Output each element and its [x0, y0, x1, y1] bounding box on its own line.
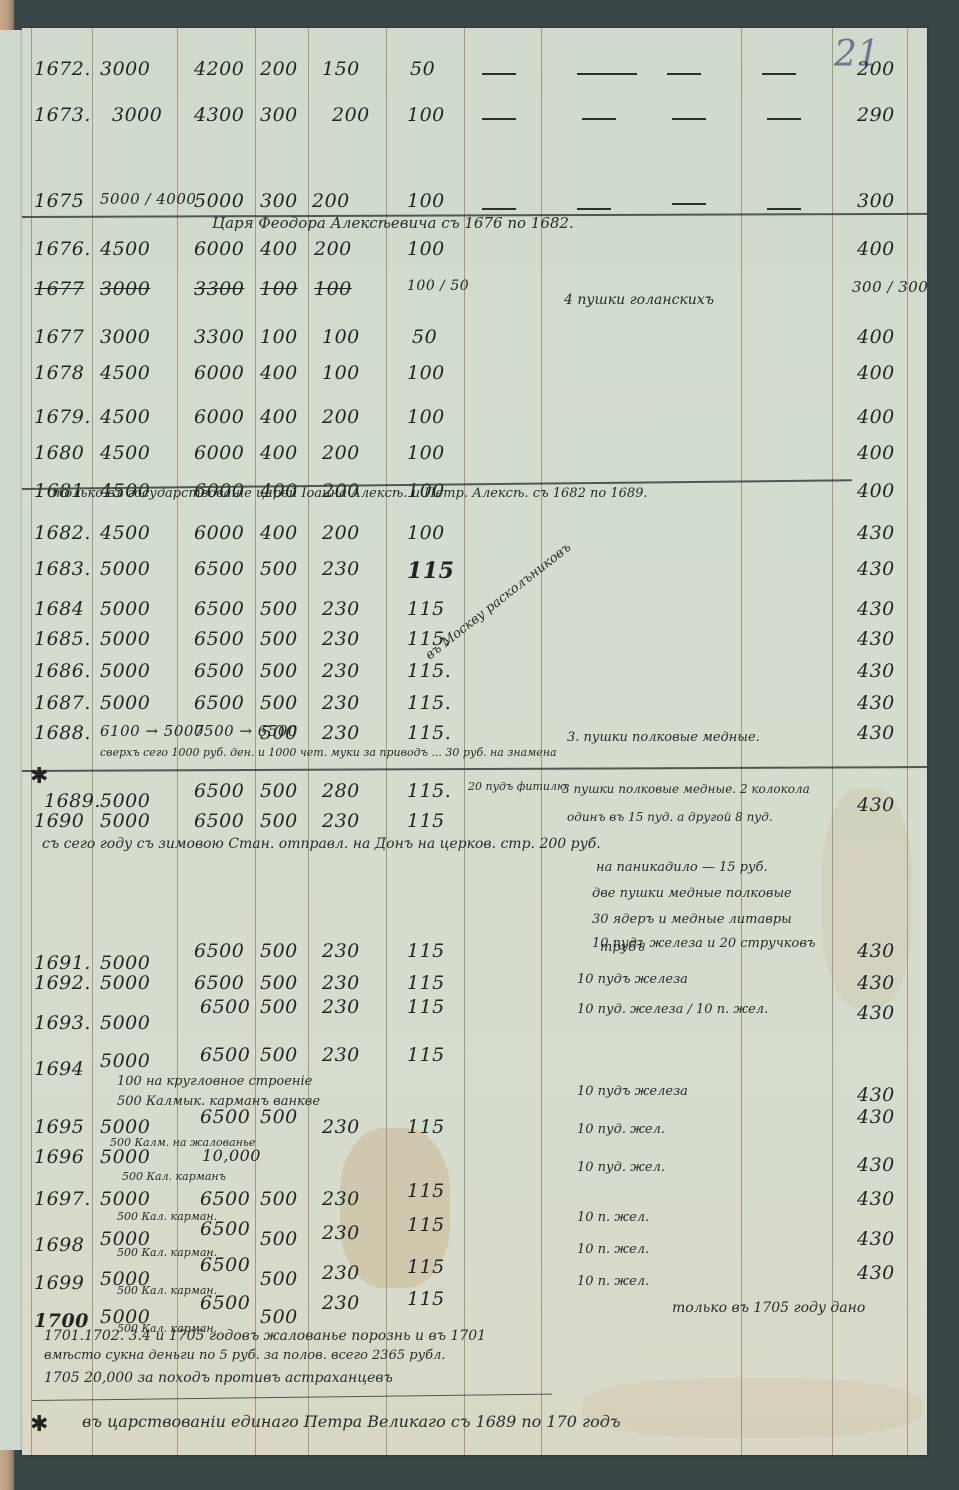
amount-cell: 5000: [100, 598, 150, 620]
year-cell: 1676.: [34, 238, 91, 260]
amount-cell: 400: [260, 406, 298, 428]
year-cell: 1687.: [34, 692, 91, 714]
amount-cell: 100: [322, 326, 360, 348]
amount-cell: 4200: [194, 58, 244, 80]
amount-cell: 115: [407, 810, 445, 832]
amount-cell: 500: [260, 1228, 298, 1250]
year-cell: 1686.: [34, 660, 91, 682]
amount-cell: 100: [407, 442, 445, 464]
year-cell: 1672.: [34, 58, 91, 80]
amount-cell: 230: [322, 810, 360, 832]
total-cell: 430: [857, 1154, 895, 1176]
year-cell: 1692.: [34, 972, 91, 994]
total-cell: 300 / 300: [852, 278, 928, 296]
row-note: 4 пушки голанскихъ: [564, 292, 714, 308]
ledger-row: 1679. 4500 6000 400 200 100 400: [22, 406, 927, 446]
reign-divider: [22, 766, 927, 772]
amount-cell: 5000: [100, 1188, 150, 1210]
total-cell: 430: [857, 722, 895, 744]
amount-cell: 6500: [194, 692, 244, 714]
amount-cell: 6000: [194, 238, 244, 260]
amount-cell: 500: [260, 810, 298, 832]
ledger-row-struck: 1677 3000 3300 100 100 100 / 50 4 пушки …: [22, 278, 927, 318]
row-annotation: 1705 20,000 за походъ противъ астраханце…: [44, 1370, 393, 1386]
amount-cell: 230: [322, 1116, 360, 1138]
amount-cell: 100: [407, 238, 445, 260]
amount-cell: 6500: [194, 810, 244, 832]
amount-cell: 230: [322, 628, 360, 650]
amount-cell: 300: [260, 104, 298, 126]
empty-mark: [672, 203, 706, 205]
year-cell: 1688.: [34, 722, 91, 744]
amount-cell: 500: [260, 996, 298, 1018]
ledger-row: 1698 5000 6500 500 230 10 п. жел. 430 50…: [22, 1228, 927, 1268]
amount-cell: 115: [407, 972, 445, 994]
year-cell: 1698: [34, 1234, 84, 1256]
amount-cell: 115: [407, 940, 445, 962]
amount-cell: 6500: [200, 1254, 250, 1276]
row-annotation: 500 Кал. карманъ: [122, 1170, 226, 1183]
amount-cell: 3300: [194, 326, 244, 348]
amount-cell: 200: [314, 238, 352, 260]
row-annotation: съ сего году съ зимовою Стан. отправл. н…: [42, 836, 601, 852]
empty-mark: [767, 208, 801, 210]
amount-cell: 115: [407, 996, 445, 1018]
ledger-row: 1677 3000 3300 100 100 50 400: [22, 326, 927, 366]
year-cell: 1690: [34, 810, 84, 832]
reign-annotation: Царя Феодора Алексѣевича съ 1676 по 1682…: [212, 214, 574, 232]
amount-cell: 400: [260, 238, 298, 260]
total-cell: 430: [857, 1228, 895, 1250]
row-annotation: 100 на кругловное строеніе: [117, 1074, 312, 1089]
amount-cell: 5000: [100, 1116, 150, 1138]
amount-cell: 10,000: [202, 1146, 261, 1165]
amount-cell: 4500: [100, 406, 150, 428]
row-note: 10 пудъ железа: [577, 1084, 688, 1099]
year-cell: 1682.: [34, 522, 91, 544]
empty-mark: [577, 208, 611, 210]
ledger-row: 1672. 3000 4200 200 150 50 200: [22, 58, 927, 98]
ledger-row: 1680 4500 6000 400 200 100 400: [22, 442, 927, 482]
total-cell: 430: [857, 1262, 895, 1284]
amount-cell: 500: [260, 1268, 298, 1290]
amount-cell: 230: [322, 972, 360, 994]
amount-cell: 230: [322, 722, 360, 744]
amount-cell: 6500: [194, 972, 244, 994]
year-cell: 1685.: [34, 628, 91, 650]
amount-cell: 230: [322, 1262, 360, 1284]
year-cell: 1696: [34, 1146, 84, 1168]
amount-cell: 4500: [100, 522, 150, 544]
year-cell: 1678: [34, 362, 84, 384]
asterisk-mark: ✱: [30, 1412, 48, 1437]
year-cell: 1673.: [34, 104, 91, 126]
year-cell: 1693.: [34, 1012, 91, 1034]
row-note: трубъ: [600, 940, 645, 955]
row-note: 20 пудъ фитилю: [468, 780, 567, 793]
amount-cell: 100: [407, 522, 445, 544]
amount-cell: 230: [322, 598, 360, 620]
year-cell: 1689.: [44, 790, 101, 812]
amount-cell: 100: [407, 190, 445, 212]
amount-cell: 5000: [100, 692, 150, 714]
amount-cell: 3000: [100, 58, 150, 80]
total-cell: 400: [857, 362, 895, 384]
amount-cell: 6500: [200, 1044, 250, 1066]
row-annotation: вмѣсто сукна деньги по 5 руб. за полов. …: [44, 1348, 445, 1363]
total-cell: 400: [857, 406, 895, 428]
row-note: 10 п. жел.: [577, 1242, 649, 1257]
year-cell: 1679.: [34, 406, 91, 428]
amount-cell: 230: [322, 940, 360, 962]
amount-cell: 5000: [100, 810, 150, 832]
amount-cell: 6500: [194, 780, 244, 802]
amount-cell: 230: [322, 692, 360, 714]
row-note: одинъ въ 15 пуд. а другой 8 пуд.: [567, 810, 773, 824]
year-cell: 1677: [34, 326, 84, 348]
amount-cell: 500: [260, 628, 298, 650]
year-cell: 1694: [34, 1058, 84, 1080]
total-cell: 430: [857, 692, 895, 714]
ledger-row: 1683. 5000 6500 500 230 115 430: [22, 558, 927, 598]
empty-mark: [767, 118, 801, 120]
amount-cell: 500: [260, 722, 298, 744]
amount-cell: 400: [260, 362, 298, 384]
amount-cell: 5000: [100, 558, 150, 580]
total-cell: 400: [857, 238, 895, 260]
amount-cell: 200: [322, 442, 360, 464]
ledger-row: 1678 4500 6000 400 100 100 400: [22, 362, 927, 402]
row-note: 10 п. жел.: [577, 1274, 649, 1289]
amount-cell: 100: [322, 362, 360, 384]
amount-cell: 500: [260, 1188, 298, 1210]
amount-cell: 100: [407, 406, 445, 428]
amount-cell: 6000: [194, 442, 244, 464]
row-annotation: только въ 1705 году дано: [672, 1300, 865, 1316]
amount-cell: 6000: [194, 522, 244, 544]
empty-mark: [482, 208, 516, 210]
total-cell: 290: [857, 104, 895, 126]
amount-cell: 500: [260, 972, 298, 994]
note-line: на паникадило — 15 руб.: [596, 860, 768, 875]
total-cell: 200: [857, 58, 895, 80]
amount-cell: 500: [260, 660, 298, 682]
amount-cell: 500: [260, 780, 298, 802]
year-cell: 1695: [34, 1116, 84, 1138]
amount-cell: 6500: [200, 1218, 250, 1240]
empty-mark: [482, 73, 516, 75]
amount-cell: 115: [407, 598, 445, 620]
amount-cell: 6000: [194, 362, 244, 384]
amount-cell: 6500: [200, 996, 250, 1018]
amount-cell: 500: [260, 598, 298, 620]
total-cell: 430: [857, 522, 895, 544]
amount-cell: 100: [314, 278, 352, 300]
amount-cell: 50: [412, 326, 437, 348]
amount-cell: 3300: [194, 278, 244, 300]
amount-cell: 115: [407, 1116, 445, 1138]
amount-cell: 6500: [200, 1292, 250, 1314]
amount-cell: 500: [260, 1306, 298, 1328]
amount-cell: 6500: [194, 598, 244, 620]
amount-cell: 5000 / 4000: [100, 190, 196, 208]
amount-cell: 3000: [112, 104, 162, 126]
amount-cell: 5000: [100, 628, 150, 650]
total-cell: 400: [857, 326, 895, 348]
amount-cell: 6500: [200, 1106, 250, 1128]
note-line: 30 ядеръ и медные литавры: [592, 912, 792, 927]
total-cell: 430: [857, 628, 895, 650]
total-cell: 430: [857, 940, 895, 962]
amount-cell: 200: [312, 190, 350, 212]
amount-cell: 5000: [100, 1146, 150, 1168]
amount-cell: 200: [322, 406, 360, 428]
amount-cell: 115.: [407, 692, 451, 714]
year-cell: 1697.: [34, 1188, 91, 1210]
year-cell: 1684: [34, 598, 84, 620]
amount-cell: 230: [322, 558, 360, 580]
empty-mark: [667, 73, 701, 75]
ledger-row: 1676. 4500 6000 400 200 100 400: [22, 238, 927, 278]
amount-cell: 6500: [194, 660, 244, 682]
amount-cell: 5000: [100, 952, 150, 974]
row-note: 10 пуд. жел.: [577, 1160, 665, 1175]
amount-cell: 500: [260, 940, 298, 962]
amount-cell: 6500: [200, 1188, 250, 1210]
amount-cell: 115.: [407, 722, 451, 744]
amount-cell: 100: [407, 104, 445, 126]
amount-cell: 6500: [194, 628, 244, 650]
amount-cell: 150: [322, 58, 360, 80]
empty-mark: [577, 73, 637, 75]
amount-cell: 230: [322, 996, 360, 1018]
ledger-row: 1682. 4500 6000 400 200 100 430: [22, 522, 927, 562]
amount-cell: 6100 → 5000: [100, 722, 204, 740]
amount-cell: 100: [260, 326, 298, 348]
amount-cell: 115: [407, 1044, 445, 1066]
amount-cell: 4500: [100, 442, 150, 464]
amount-cell: 100 / 50: [407, 278, 469, 294]
amount-cell: 280: [322, 780, 360, 802]
total-cell: 430: [857, 558, 895, 580]
amount-cell: 5000: [100, 1012, 150, 1034]
total-cell: 430: [857, 1084, 895, 1106]
amount-cell: 100: [407, 362, 445, 384]
row-note: 3. пушки полковые медные.: [567, 730, 760, 745]
ledger-row: 1673. 3000 4300 300 200 100 290: [22, 104, 927, 144]
note-line: две пушки медные полковые: [592, 886, 792, 901]
amount-cell: 500: [260, 692, 298, 714]
total-cell: 300: [857, 190, 895, 212]
total-cell: 430: [857, 660, 895, 682]
amount-cell: 4300: [194, 104, 244, 126]
reign-annotation: только въ государствованіе царей Іоанна …: [52, 486, 648, 501]
year-cell: 1683.: [34, 558, 91, 580]
amount-cell: 6500: [194, 558, 244, 580]
amount-cell: 115: [407, 1256, 445, 1278]
amount-cell: 6000: [194, 406, 244, 428]
amount-cell: 100: [260, 278, 298, 300]
amount-cell: 200: [322, 522, 360, 544]
amount-cell: 230: [322, 660, 360, 682]
amount-cell: 400: [260, 442, 298, 464]
year-cell: 1677: [34, 278, 84, 300]
empty-mark: [482, 118, 516, 120]
footer-annotation: въ царствованіи единаго Петра Великаго с…: [82, 1412, 621, 1431]
row-annotation: сверхъ сего 1000 руб. ден. и 1000 чет. м…: [100, 746, 557, 759]
amount-cell: 500: [260, 1106, 298, 1128]
amount-cell: 5000: [100, 972, 150, 994]
amount-cell: 500: [260, 1044, 298, 1066]
amount-cell: 5000: [100, 1050, 150, 1072]
total-cell: 430: [857, 972, 895, 994]
amount-cell: 5000: [100, 660, 150, 682]
year-cell: 1699: [34, 1272, 84, 1294]
row-annotation: 1701.1702. 3.4 и 1705 годовъ жалованье п…: [44, 1328, 486, 1344]
year-cell: 1680: [34, 442, 84, 464]
empty-mark: [672, 118, 706, 120]
total-cell: 430: [857, 1188, 895, 1210]
year-cell: 1675: [34, 190, 84, 212]
amount-cell: 3000: [100, 278, 150, 300]
amount-cell: 230: [322, 1188, 360, 1210]
row-note: 10 пуд. железа / 10 п. жел.: [577, 1002, 768, 1017]
year-cell: 1691.: [34, 952, 91, 974]
row-note: 10 пуд. жел.: [577, 1122, 665, 1137]
row-note: 10 пудъ железа: [577, 972, 688, 987]
amount-cell: 50: [410, 58, 435, 80]
ledger-row: 1692. 5000 6500 500 230 115 10 пудъ желе…: [22, 972, 927, 1012]
empty-mark: [582, 118, 616, 120]
amount-cell: 230: [322, 1044, 360, 1066]
row-note: 3 пушки полковые медные. 2 колокола: [562, 782, 810, 796]
amount-cell: 6500: [194, 940, 244, 962]
total-cell: 430: [857, 1106, 895, 1128]
ledger-page: 21 1672. 3000 4200 200 150 50 200 1673. …: [22, 28, 927, 1455]
amount-cell: 4500: [100, 238, 150, 260]
amount-cell: 115: [407, 558, 454, 584]
total-cell: 430: [857, 1002, 895, 1024]
amount-cell: 115.: [407, 780, 451, 802]
total-cell: 430: [857, 598, 895, 620]
ledger-row: 1696 5000 10,000 115 10 пуд. жел. 430 50…: [22, 1146, 927, 1186]
amount-cell: 4500: [100, 362, 150, 384]
amount-cell: 115.: [407, 660, 451, 682]
amount-cell: 115: [407, 1288, 445, 1310]
amount-cell: 200: [332, 104, 370, 126]
total-cell: 400: [857, 442, 895, 464]
amount-cell: 230: [322, 1292, 360, 1314]
amount-cell: 5000: [194, 190, 244, 212]
total-cell: 400: [857, 480, 895, 502]
amount-cell: 3000: [100, 326, 150, 348]
amount-cell: 230: [322, 1222, 360, 1244]
water-stain: [582, 1378, 922, 1438]
amount-cell: 400: [260, 522, 298, 544]
amount-cell: 200: [260, 58, 298, 80]
amount-cell: 5000: [100, 790, 150, 812]
closing-divider: [32, 1394, 552, 1401]
amount-cell: 300: [260, 190, 298, 212]
amount-cell: 500: [260, 558, 298, 580]
empty-mark: [762, 73, 796, 75]
